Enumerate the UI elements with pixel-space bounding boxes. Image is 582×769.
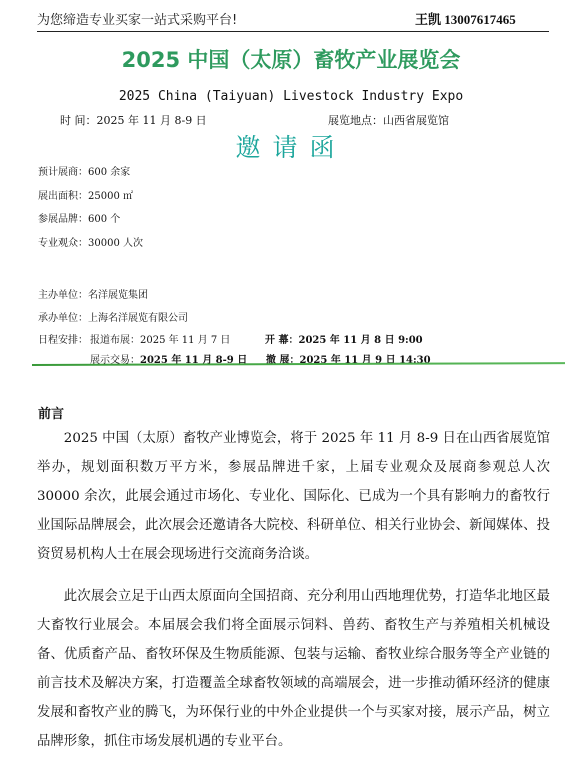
invitation-heading: 邀请函 (0, 128, 582, 164)
stat-value: 25000 ㎡ (88, 191, 133, 202)
organizer-value: 名洋展览集团 (88, 290, 148, 301)
stat-label: 展出面积： (38, 191, 88, 202)
schedule-label: 日程安排： (38, 331, 88, 346)
expo-time: 时 间：2025 年 11 月 8-9 日 (60, 112, 207, 128)
schedule-setup: 报道布展：2025 年 11 月 7 日 (90, 331, 230, 346)
stat-exhibitors: 预计展商：600 余家 (38, 163, 130, 178)
page-subtitle-en: 2025 China (Taiyuan) Livestock Industry … (0, 89, 582, 104)
stat-value: 30000 人次 (88, 238, 143, 249)
page-title: 2025 中国（太原）畜牧产业展览会 (0, 44, 582, 74)
schedule-item-value: 2025 年 11 月 8 日 9:00 (298, 335, 422, 346)
preface-paragraph: 2025 中国（太原）畜牧产业博览会，将于 2025 年 11 月 8-9 日在… (37, 424, 550, 569)
organizer-host: 主办单位：名洋展览集团 (38, 286, 148, 301)
stat-label: 参展品牌： (38, 214, 88, 225)
header-slogan: 为您缔造专业买家一站式采购平台! (37, 9, 237, 28)
expo-venue: 展览地点：山西省展览馆 (328, 112, 449, 128)
organizer-value: 上海名洋展览有限公司 (88, 313, 188, 324)
organizer-label: 承办单位： (38, 313, 88, 324)
organizer-label: 主办单位： (38, 290, 88, 301)
schedule-item-value: 2025 年 11 月 7 日 (140, 335, 230, 346)
schedule-item-label: 开 幕： (265, 335, 298, 346)
stat-value: 600 个 (88, 214, 120, 225)
header-contact: 王凯 13007617465 (415, 9, 516, 28)
stat-value: 600 余家 (88, 167, 130, 178)
preface-paragraph: 此次展会立足于山西太原面向全国招商、充分利用山西地理优势，打造华北地区最大畜牧行… (37, 582, 550, 756)
stat-visitors: 专业观众：30000 人次 (38, 234, 143, 249)
stat-area: 展出面积：25000 ㎡ (38, 187, 133, 202)
schedule-opening: 开 幕：2025 年 11 月 8 日 9:00 (265, 331, 423, 346)
stat-brands: 参展品牌：600 个 (38, 210, 120, 225)
organizer-undertaker: 承办单位：上海名洋展览有限公司 (38, 309, 188, 324)
stat-label: 专业观众： (38, 238, 88, 249)
header-divider (37, 31, 549, 32)
preface-title: 前言 (38, 403, 64, 422)
schedule-item-label: 报道布展： (90, 335, 140, 346)
stat-label: 预计展商： (38, 167, 88, 178)
